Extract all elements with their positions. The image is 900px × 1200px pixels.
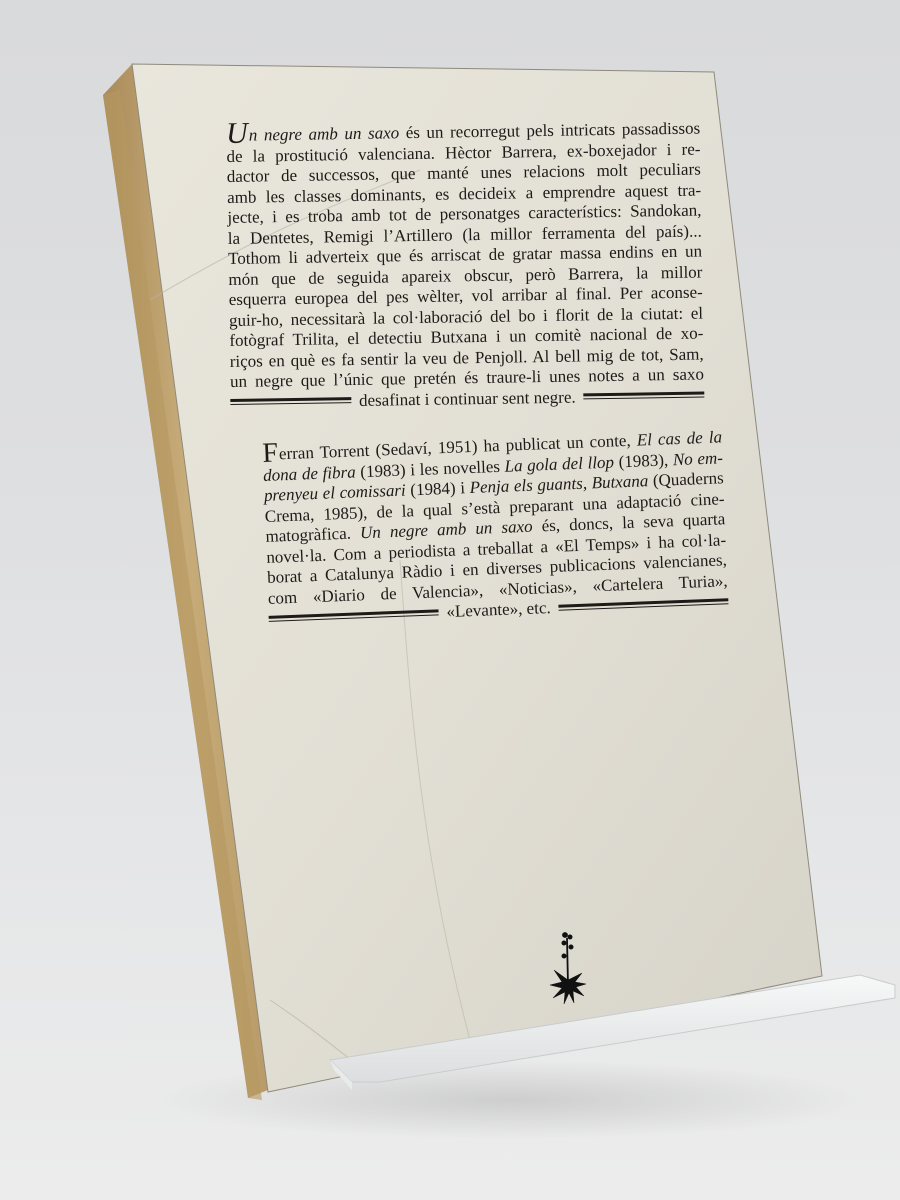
- ornamental-rule: [584, 392, 705, 401]
- ornamental-rule: [230, 397, 351, 406]
- blurb-dropcap: U: [226, 117, 248, 150]
- ornamental-rule: [269, 609, 439, 623]
- author-bio-paragraph: Ferran Torrent (Sedaví, 1951) ha publica…: [262, 426, 729, 629]
- bio-last-line: «Levante», etc.: [446, 598, 551, 622]
- blurb-paragraph: Un negre amb un saxo és un recorregut pe…: [226, 117, 704, 413]
- blurb-last-line: desafinat i continuar sent negre.: [359, 387, 576, 411]
- agave-plant-icon: [548, 930, 588, 1005]
- book-title: n negre amb un saxo: [249, 123, 400, 144]
- ornamental-rule: [559, 598, 729, 612]
